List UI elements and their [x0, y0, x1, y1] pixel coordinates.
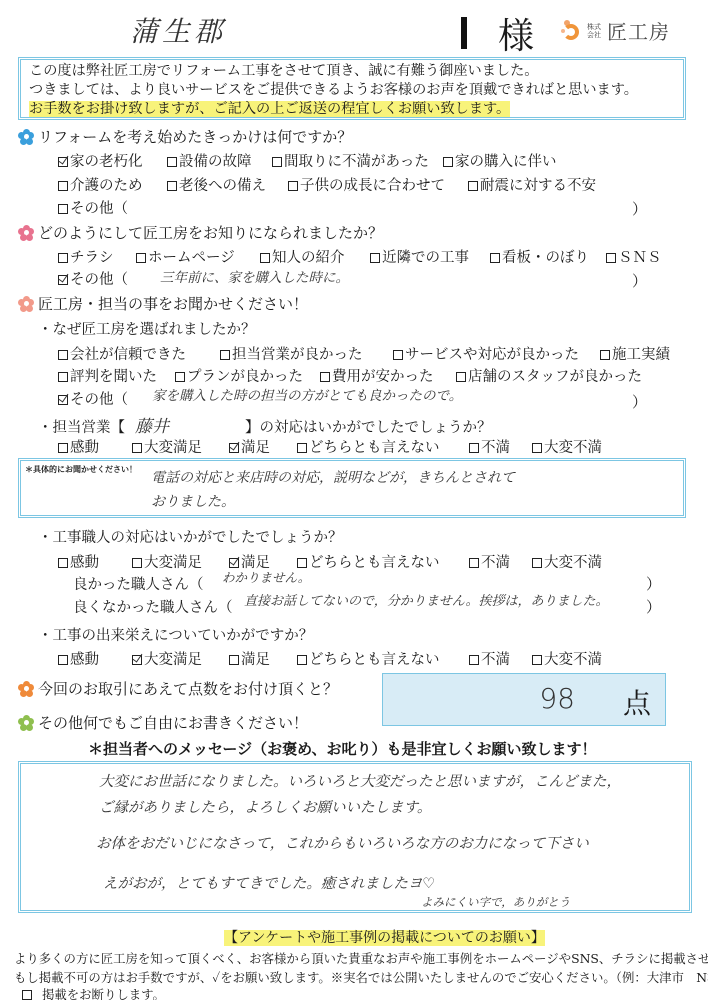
q3-why-option-service[interactable]: サービスや対応が良かった: [393, 343, 579, 364]
checkbox[interactable]: [532, 443, 542, 453]
sales-comment-line-1: 電話の対応と来店時の対応，説明などが，きちんとされて: [151, 467, 515, 487]
checkbox[interactable]: [229, 655, 239, 665]
checkbox[interactable]: [606, 253, 616, 263]
q2-option-nearby-work[interactable]: 近隣での工事: [370, 246, 469, 267]
checkbox-checked[interactable]: [58, 157, 68, 167]
logo-company-type: 株式会社: [587, 23, 603, 39]
q2-option-sns[interactable]: ＳＮＳ: [606, 246, 662, 267]
bad-craftsman-label: 良くなかった職人さん（: [73, 596, 233, 617]
checkbox[interactable]: [532, 558, 542, 568]
q1-option-aging[interactable]: 家の老朽化: [58, 150, 143, 171]
customer-name: 蒲生郡: [130, 10, 226, 50]
intro-box: この度は弊社匠工房でリフォーム工事をさせて頂き、誠に有難う御座いました。 つきま…: [18, 57, 686, 120]
checkbox[interactable]: [132, 443, 142, 453]
checkbox[interactable]: [490, 253, 500, 263]
checkbox[interactable]: [320, 372, 330, 382]
checkbox[interactable]: [58, 558, 68, 568]
q3-why-option-plan[interactable]: プランが良かった: [175, 365, 303, 386]
q3-craftsman-title: ・工事職人の対応はいかがでしたでしょうか？: [38, 526, 343, 547]
publication-line-2: もし掲載不可の方はお手数ですが、✓をお願い致します。※実名では公開いたしませんの…: [14, 968, 708, 986]
checkbox-checked[interactable]: [229, 558, 239, 568]
checkbox[interactable]: [58, 443, 68, 453]
q2-option-other[interactable]: その他（: [58, 268, 128, 289]
q3-sales-option-satisfied[interactable]: 満足: [229, 436, 270, 457]
q3-sales-option-neutral[interactable]: どちらとも言えない: [297, 436, 440, 457]
publication-line-1: より多くの方に匠工房を知って頂くべく、お客様から頂いた貴重なお声や施工事例をホー…: [14, 949, 708, 967]
intro-line-1: この度は弊社匠工房でリフォーム工事をさせて頂き、誠に有難う御座いました。: [29, 62, 675, 81]
q5-title: その他何でもご自由にお書きください！: [38, 712, 308, 733]
q1-option-children[interactable]: 子供の成長に合わせて: [288, 174, 445, 195]
sales-comment-box[interactable]: ＊具体的にお聞かせください！ 電話の対応と来店時の対応，説明などが，きちんとされ…: [18, 458, 686, 518]
q3-quality-option-dissatisfied[interactable]: 不満: [469, 648, 510, 669]
flower-pink-icon: [18, 225, 34, 241]
q3-quality-option-impressed[interactable]: 感動: [58, 648, 99, 669]
company-logo: 株式会社 匠工房: [561, 16, 670, 45]
checkbox[interactable]: [370, 253, 380, 263]
publication-decline-option[interactable]: 掲載をお断りします。: [22, 985, 165, 1000]
q2-other-text: 三年前に、家を購入した時に。: [160, 266, 349, 286]
q3-sales-option-very-satisfied[interactable]: 大変満足: [132, 436, 202, 457]
q3-quality-option-neutral[interactable]: どちらとも言えない: [297, 648, 440, 669]
q2-option-referral[interactable]: 知人の紹介: [260, 246, 345, 267]
score-unit: 点: [623, 682, 651, 722]
q2-heading: どのようにして匠工房をお知りになられましたか？: [18, 222, 383, 243]
q2-option-homepage[interactable]: ホームページ: [136, 246, 235, 267]
flower-orange-icon: [18, 681, 34, 697]
q3-craftsman-option-dissatisfied[interactable]: 不満: [469, 551, 510, 572]
q2-option-signboard[interactable]: 看板・のぼり: [490, 246, 589, 267]
checkbox[interactable]: [136, 253, 146, 263]
q1-option-layout[interactable]: 間取りに不満があった: [272, 150, 429, 171]
bad-craftsman-close-paren: ）: [646, 596, 661, 617]
q3-why-option-cost[interactable]: 費用が安かった: [320, 365, 434, 386]
q3-craftsman-option-impressed[interactable]: 感動: [58, 551, 99, 572]
checkbox[interactable]: [272, 157, 282, 167]
checkbox[interactable]: [58, 350, 68, 360]
checkbox-checked[interactable]: [58, 395, 68, 405]
checkbox[interactable]: [532, 655, 542, 665]
q3-sales-option-dissatisfied[interactable]: 不満: [469, 436, 510, 457]
q3-why-option-track-record[interactable]: 施工実績: [600, 343, 670, 364]
checkbox[interactable]: [297, 655, 307, 665]
q3-quality-option-satisfied[interactable]: 満足: [229, 648, 270, 669]
q3-why-option-trust[interactable]: 会社が信頼できた: [58, 343, 186, 364]
checkbox[interactable]: [22, 990, 32, 1000]
q2-option-flyer[interactable]: チラシ: [58, 246, 114, 267]
q3-quality-option-very-satisfied[interactable]: 大変満足: [132, 648, 202, 669]
checkbox[interactable]: [58, 181, 68, 191]
checkbox[interactable]: [468, 181, 478, 191]
intro-line-3-highlighted: お手数をお掛け致しますが、ご記入の上ご返送の程宜しくお願い致します。: [29, 101, 510, 117]
checkbox[interactable]: [58, 372, 68, 382]
q1-option-nursing-care[interactable]: 介護のため: [58, 174, 143, 195]
logo-mark-icon: [561, 20, 583, 42]
q5-heading: その他何でもご自由にお書きください！: [18, 712, 308, 733]
q1-option-retirement[interactable]: 老後への備え: [167, 174, 266, 195]
checkbox[interactable]: [260, 253, 270, 263]
checkbox[interactable]: [167, 157, 177, 167]
free-comment-line-3: お体をおだいじになさって，これからもいろいろな方のお力になって下さい: [96, 832, 589, 853]
q3-heading: 匠工房・担当の事をお聞かせください！: [18, 293, 308, 314]
score-value: 98: [539, 682, 575, 715]
q1-heading: リフォームを考え始めたきっかけは何ですか？: [18, 126, 352, 147]
checkbox[interactable]: [469, 443, 479, 453]
bad-craftsman-text: 直接お話してないので，分かりません。挨拶は，ありました。: [244, 590, 609, 609]
q3-why-option-store-staff[interactable]: 店舗のスタッフが良かった: [456, 365, 642, 386]
q3-why-option-reputation[interactable]: 評判を聞いた: [58, 365, 157, 386]
checkbox[interactable]: [58, 204, 68, 214]
checkbox[interactable]: [132, 558, 142, 568]
checkbox[interactable]: [288, 181, 298, 191]
q5-message-note: ＊担当者へのメッセージ（お褒め、お叱り）も是非宜しくお願い致します！: [88, 738, 597, 759]
checkbox[interactable]: [456, 372, 466, 382]
honorific: 様: [498, 8, 534, 59]
free-comment-line-2: ご縁がありましたら，よろしくお願いいたします。: [99, 796, 431, 817]
q3-why-other-text: 家を購入した時の担当の方がとても良かったので。: [152, 384, 462, 404]
q3-sales-option-impressed[interactable]: 感動: [58, 436, 99, 457]
logo-name: 匠工房: [607, 16, 670, 45]
q3-why-option-other[interactable]: その他（: [58, 388, 128, 409]
q3-sales-question: ・担当営業【藤井】の対応はいかがでしたでしょうか？: [38, 412, 492, 437]
good-craftsman-text: わかりません。: [222, 568, 310, 586]
q2-close-paren: ）: [632, 270, 647, 291]
q1-option-other[interactable]: その他（: [58, 197, 128, 218]
q3-craftsman-option-very-satisfied[interactable]: 大変満足: [132, 551, 202, 572]
publication-title: 【アンケートや施工事例の掲載についてのお願い】: [224, 927, 545, 947]
q3-why-option-sales-rep[interactable]: 担当営業が良かった: [220, 343, 363, 364]
q3-craftsman-option-neutral[interactable]: どちらとも言えない: [297, 551, 440, 572]
free-comment-line-1: 大変にお世話になりました。いろいろと大変だったと思いますが，こんどまた，: [99, 770, 621, 791]
q1-option-equipment-failure[interactable]: 設備の故障: [167, 150, 252, 171]
checkbox[interactable]: [167, 181, 177, 191]
q3-sales-option-very-dissatisfied[interactable]: 大変不満: [532, 436, 602, 457]
q1-title: リフォームを考え始めたきっかけは何ですか？: [38, 126, 352, 147]
checkbox[interactable]: [443, 157, 453, 167]
good-craftsman-label: 良かった職人さん（: [73, 573, 204, 594]
checkbox-checked[interactable]: [132, 655, 142, 665]
q4-title: 今回のお取引にあえて点数をお付け頂くと？: [38, 678, 338, 699]
checkbox-checked[interactable]: [229, 443, 239, 453]
checkbox[interactable]: [297, 443, 307, 453]
sales-comment-line-2: おりました。: [151, 491, 235, 511]
checkbox[interactable]: [469, 655, 479, 665]
good-craftsman-close-paren: ）: [646, 573, 661, 594]
checkbox[interactable]: [469, 558, 479, 568]
free-comment-box[interactable]: 大変にお世話になりました。いろいろと大変だったと思いますが，こんどまた， ご縁が…: [18, 761, 692, 913]
checkbox-checked[interactable]: [58, 275, 68, 285]
flower-salmon-icon: [18, 296, 34, 312]
redacted-name-mark: [461, 17, 467, 49]
q1-option-home-purchase[interactable]: 家の購入に伴い: [443, 150, 557, 171]
q3-title: 匠工房・担当の事をお聞かせください！: [38, 293, 308, 314]
checkbox[interactable]: [393, 350, 403, 360]
checkbox[interactable]: [58, 655, 68, 665]
flower-green-icon: [18, 715, 34, 731]
q3-craftsman-option-very-dissatisfied[interactable]: 大変不満: [532, 551, 602, 572]
q1-option-earthquake[interactable]: 耐震に対する不安: [468, 174, 596, 195]
free-comment-line-4: えがおが，とてもすてきでした。癒されましたヨ♡: [103, 872, 435, 893]
checkbox[interactable]: [600, 350, 610, 360]
checkbox[interactable]: [58, 253, 68, 263]
intro-line-2: つきましては、より良いサービスをご提供できるようお客様のお声を頂戴できればと思い…: [29, 81, 675, 100]
q3-quality-title: ・工事の出来栄えについていかがですか？: [38, 624, 313, 645]
flower-blue-icon: [18, 129, 34, 145]
sales-rep-name: 藤井: [125, 412, 245, 437]
q2-title: どのようにして匠工房をお知りになられましたか？: [38, 222, 383, 243]
sales-comment-label: ＊具体的にお聞かせください！: [25, 464, 137, 475]
checkbox[interactable]: [297, 558, 307, 568]
q3-why-title: ・なぜ匠工房を選ばれましたか？: [38, 318, 256, 339]
checkbox[interactable]: [175, 372, 185, 382]
q3-quality-option-very-dissatisfied[interactable]: 大変不満: [532, 648, 602, 669]
q1-close-paren: ）: [632, 198, 647, 219]
free-comment-line-5: よみにくい字で，ありがとう: [421, 894, 570, 910]
score-box[interactable]: 98 点: [382, 673, 666, 726]
q4-heading: 今回のお取引にあえて点数をお付け頂くと？: [18, 678, 338, 699]
checkbox[interactable]: [220, 350, 230, 360]
q3-why-close-paren: ）: [632, 391, 647, 412]
